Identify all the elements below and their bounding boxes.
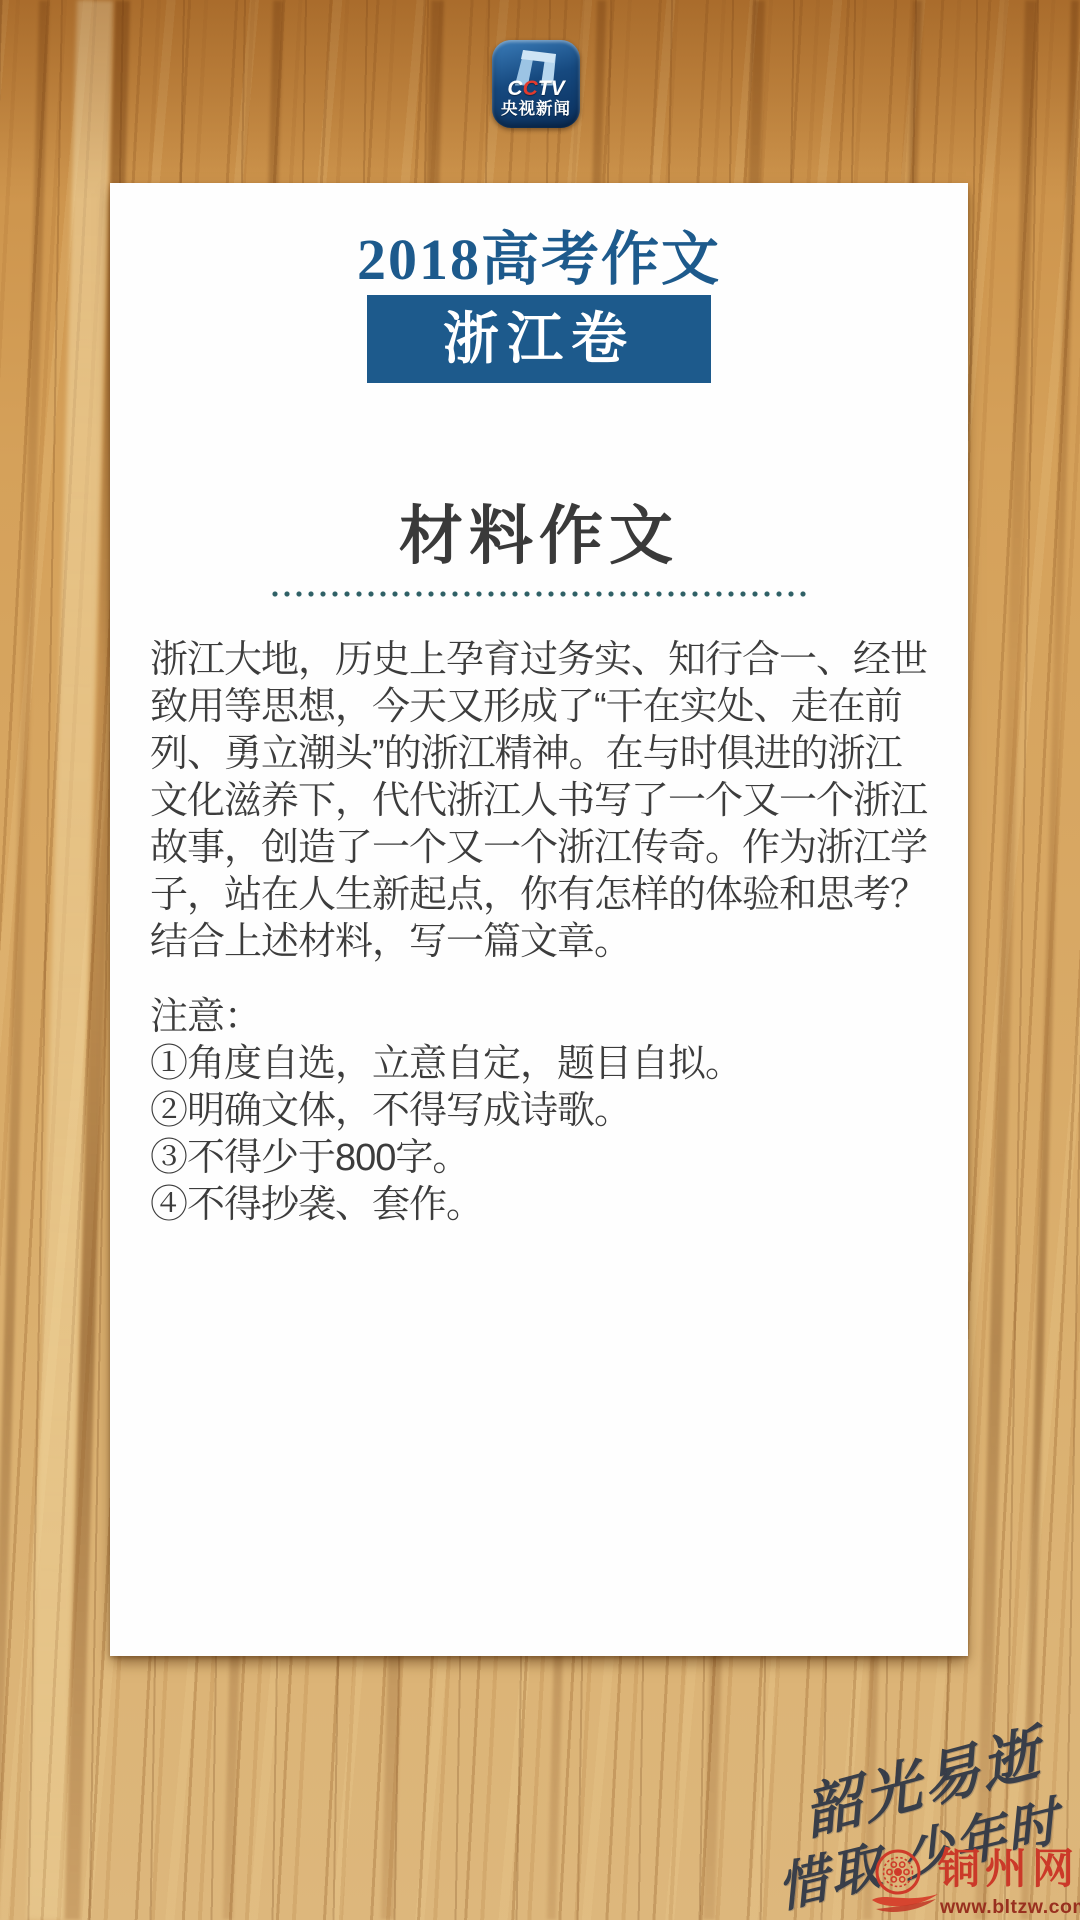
notes-label: 注意： — [150, 994, 930, 1041]
cctv-wordmark: CCTV — [492, 78, 580, 99]
paragraph-line: 浙江大地，历史上孕育过务实、知行合一、经世 — [150, 637, 930, 684]
paragraph-line: 故事，创造了一个又一个浙江传奇。作为浙江学 — [150, 825, 930, 872]
notes-section: 注意： ①角度自选，立意自定，题目自拟。 ②明确文体，不得写成诗歌。 ③不得少于… — [150, 994, 930, 1229]
cctv-letter: C — [507, 77, 522, 100]
ribbon-icon — [872, 1894, 938, 1906]
note-item: ③不得少于800字。 — [150, 1135, 930, 1182]
wood-grain — [1021, 0, 1079, 1920]
paragraph-line: 致用等思想，今天又形成了“干在实处、走在前 — [150, 684, 930, 731]
logo-subtitle: 央视新闻 — [492, 100, 580, 118]
note-item: ④不得抄袭、套作。 — [150, 1182, 930, 1229]
paragraph-line: 文化滋养下，代代浙江人书写了一个又一个浙江 — [150, 778, 930, 825]
cctv-letter-red: C — [523, 77, 538, 100]
seal-icon — [872, 1848, 942, 1920]
watermark: 铜州网 www.bltzw.com — [872, 1846, 1080, 1920]
note-item: ①角度自选，立意自定，题目自拟。 — [150, 1041, 930, 1088]
essay-type-heading: 材料作文 — [110, 501, 968, 573]
prompt-paragraph: 浙江大地，历史上孕育过务实、知行合一、经世 致用等思想，今天又形成了“干在实处、… — [150, 637, 930, 966]
dotted-divider — [272, 591, 806, 597]
cctv-logo: CCTV 央视新闻 — [492, 40, 580, 128]
watermark-site-url: www.bltzw.com — [940, 1896, 1080, 1919]
card-title: 2018高考作文 — [110, 229, 968, 291]
region-banner: 浙江卷 — [367, 295, 711, 383]
watermark-site-name: 铜州网 — [938, 1846, 1079, 1894]
exam-card: 2018高考作文 浙江卷 材料作文 浙江大地，历史上孕育过务实、知行合一、经世 … — [110, 183, 968, 1656]
cctv-letters-tv: TV — [538, 77, 565, 100]
note-item: ②明确文体，不得写成诗歌。 — [150, 1088, 930, 1135]
paragraph-line: 结合上述材料，写一篇文章。 — [150, 919, 930, 966]
paragraph-line: 列、勇立潮头”的浙江精神。在与时俱进的浙江 — [150, 731, 930, 778]
paragraph-line: 子，站在人生新起点，你有怎样的体验和思考？ — [150, 872, 930, 919]
